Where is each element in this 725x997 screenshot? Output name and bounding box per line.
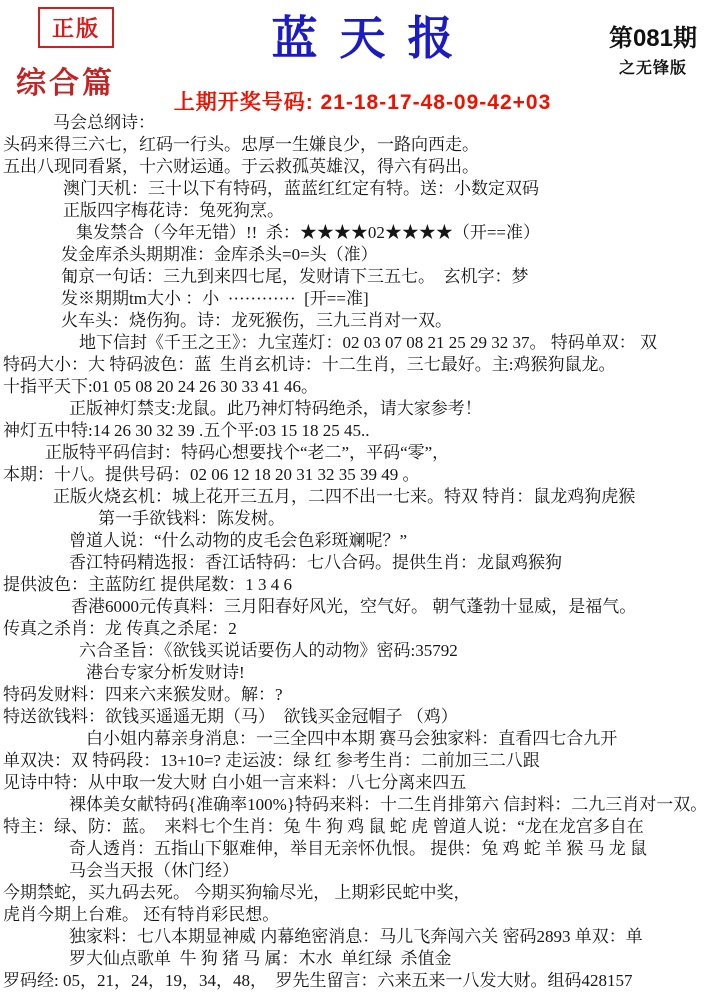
edition-label: 之无锋版 (609, 55, 697, 78)
body-lines: 马会总纲诗：头码来得三六七，红码一行头。忠厚一生嫌良少，一路向西走。五出八现同看… (3, 112, 721, 992)
body-line: 头码来得三六七，红码一行头。忠厚一生嫌良少，一路向西走。 (3, 134, 721, 156)
body-line: 正版特平码信封：特码心想要找个“老二”，平码“零”， (3, 442, 721, 464)
body-line: 白小姐内幕亲身消息：一三全四中本期 赛马会独家料：直看四七合九开 (3, 728, 721, 750)
body-line: 奇人透肖：五指山下躯难伸，举目无亲怀仇恨。 提供：兔 鸡 蛇 羊 猴 马 龙 鼠 (3, 838, 721, 860)
body-line: 罗码经: 05，21，24，19，34，48， 罗先生留言：六来五来一八发大财。… (3, 970, 721, 992)
body-line: 特主：绿、防：蓝。 来料七个生肖：兔 牛 狗 鸡 鼠 蛇 虎 曾道人说：“龙在龙… (3, 816, 721, 838)
body-line: 正版神灯禁支:龙鼠。此乃神灯特码绝杀，请大家参考！ (3, 398, 721, 420)
newspaper-page: 正版 蓝天报 第081期 之无锋版 综合篇 上期开奖号码: 21-18-17-4… (0, 0, 725, 997)
body-line: 发金库杀头期期准：金库杀头=0=头（准） (3, 244, 721, 266)
body-line: 今期禁蛇，买九码去死。 今期买狗输尽光， 上期彩民蛇中奖， (3, 882, 721, 904)
body-line: 曾道人说：“什么动物的皮毛会色彩斑斓呢？” (3, 530, 721, 552)
body-line: 香港6000元传真料：三月阳春好风光，空气好。 朝气蓬勃十显威，是福气。 (3, 596, 721, 618)
body-line: 独家料：七八本期显神威 内幕绝密消息：马儿飞奔闯六关 密码2893 单双：单 (3, 926, 721, 948)
body-line: 十指平天下:01 05 08 20 24 26 30 33 41 46。 (3, 376, 721, 398)
body-line: 发※期期tm大小 ：小 ············ [开==准] (3, 288, 721, 310)
header: 正版 蓝天报 第081期 之无锋版 综合篇 上期开奖号码: 21-18-17-4… (0, 0, 725, 110)
body-line: 虎肖今期上台难。 还有特肖彩民想。 (3, 904, 721, 926)
body-line: 香江特码精选报：香江话特码：七八合码。提供生肖：龙鼠鸡猴狗 (3, 552, 721, 574)
body-line: 正版四字梅花诗：兔死狗烹。 (3, 200, 721, 222)
body-line: 特码发财料：四来六来猴发财。解：? (3, 684, 721, 706)
body-line: 裸体美女献特码{准确率100%}特码来料：十二生肖排第六 信封料：二九三肖对一双… (3, 794, 721, 816)
body-line: 第一手欲钱料：陈发树。 (3, 508, 721, 530)
body-line: 正版火烧玄机：城上花开三五月，二四不出一七来。特双 特肖：鼠龙鸡狗虎猴 (3, 486, 721, 508)
body-line: 澳门天机：三十以下有特码，蓝蓝红红定有特。送：小数定双码 (3, 178, 721, 200)
body-line: 港台专家分析发财诗! (3, 662, 721, 684)
body-line: 提供波色：主蓝防红 提供尾数：1 3 4 6 (3, 574, 721, 596)
body-line: 特送欲钱料：欲钱买遥遥无期（马） 欲钱买金冠帽子 （鸡） (3, 706, 721, 728)
body-line: 见诗中特：从中取一发大财 白小姐一言来料：八七分离来四五 (3, 772, 721, 794)
body-line: 六合圣旨：《欲钱买说话要伤人的动物》密码:35792 (3, 640, 721, 662)
body-line: 马会当天报（休门经） (3, 860, 721, 882)
body-line: 马会总纲诗： (3, 112, 721, 134)
body-line: 神灯五中特:14 26 30 32 39 .五个平:03 15 18 25 45… (3, 420, 721, 442)
body-line: 本期：十八。提供号码：02 06 12 18 20 31 32 35 39 49… (3, 464, 721, 486)
issue-block: 第081期 之无锋版 (609, 18, 697, 78)
body-line: 集发禁合（今年无错）!! 杀：★★★★02★★★★（开==准） (3, 222, 721, 244)
body-line: 罗大仙点歌单 牛 狗 猪 马 属：木水 单红绿 杀值金 (3, 948, 721, 970)
body-line: 五出八现同看紧，十六财运通。于云救孤英雄汉，得六有码出。 (3, 156, 721, 178)
body-line: 传真之杀肖：龙 传真之杀尾：2 (3, 618, 721, 640)
body-line: 火车头：烧伤狗。诗：龙死猴伤，三九三肖对一双。 (3, 310, 721, 332)
body-line: 特码大小：大 特码波色：蓝 生肖玄机诗：十二生肖，三七最好。主:鸡猴狗鼠龙。 (3, 354, 721, 376)
issue-number: 第081期 (609, 18, 697, 53)
body-line: 单双决：双 特码段：13+10=? 走运波：绿 红 参考生肖：二前加三二八跟 (3, 750, 721, 772)
body-line: 地下信封《千王之王》：九宝莲灯：02 03 07 08 21 25 29 32 … (3, 332, 721, 354)
body-line: 匍京一句话：三九到来四七尾，发财请下三五七。 玄机字：梦 (3, 266, 721, 288)
